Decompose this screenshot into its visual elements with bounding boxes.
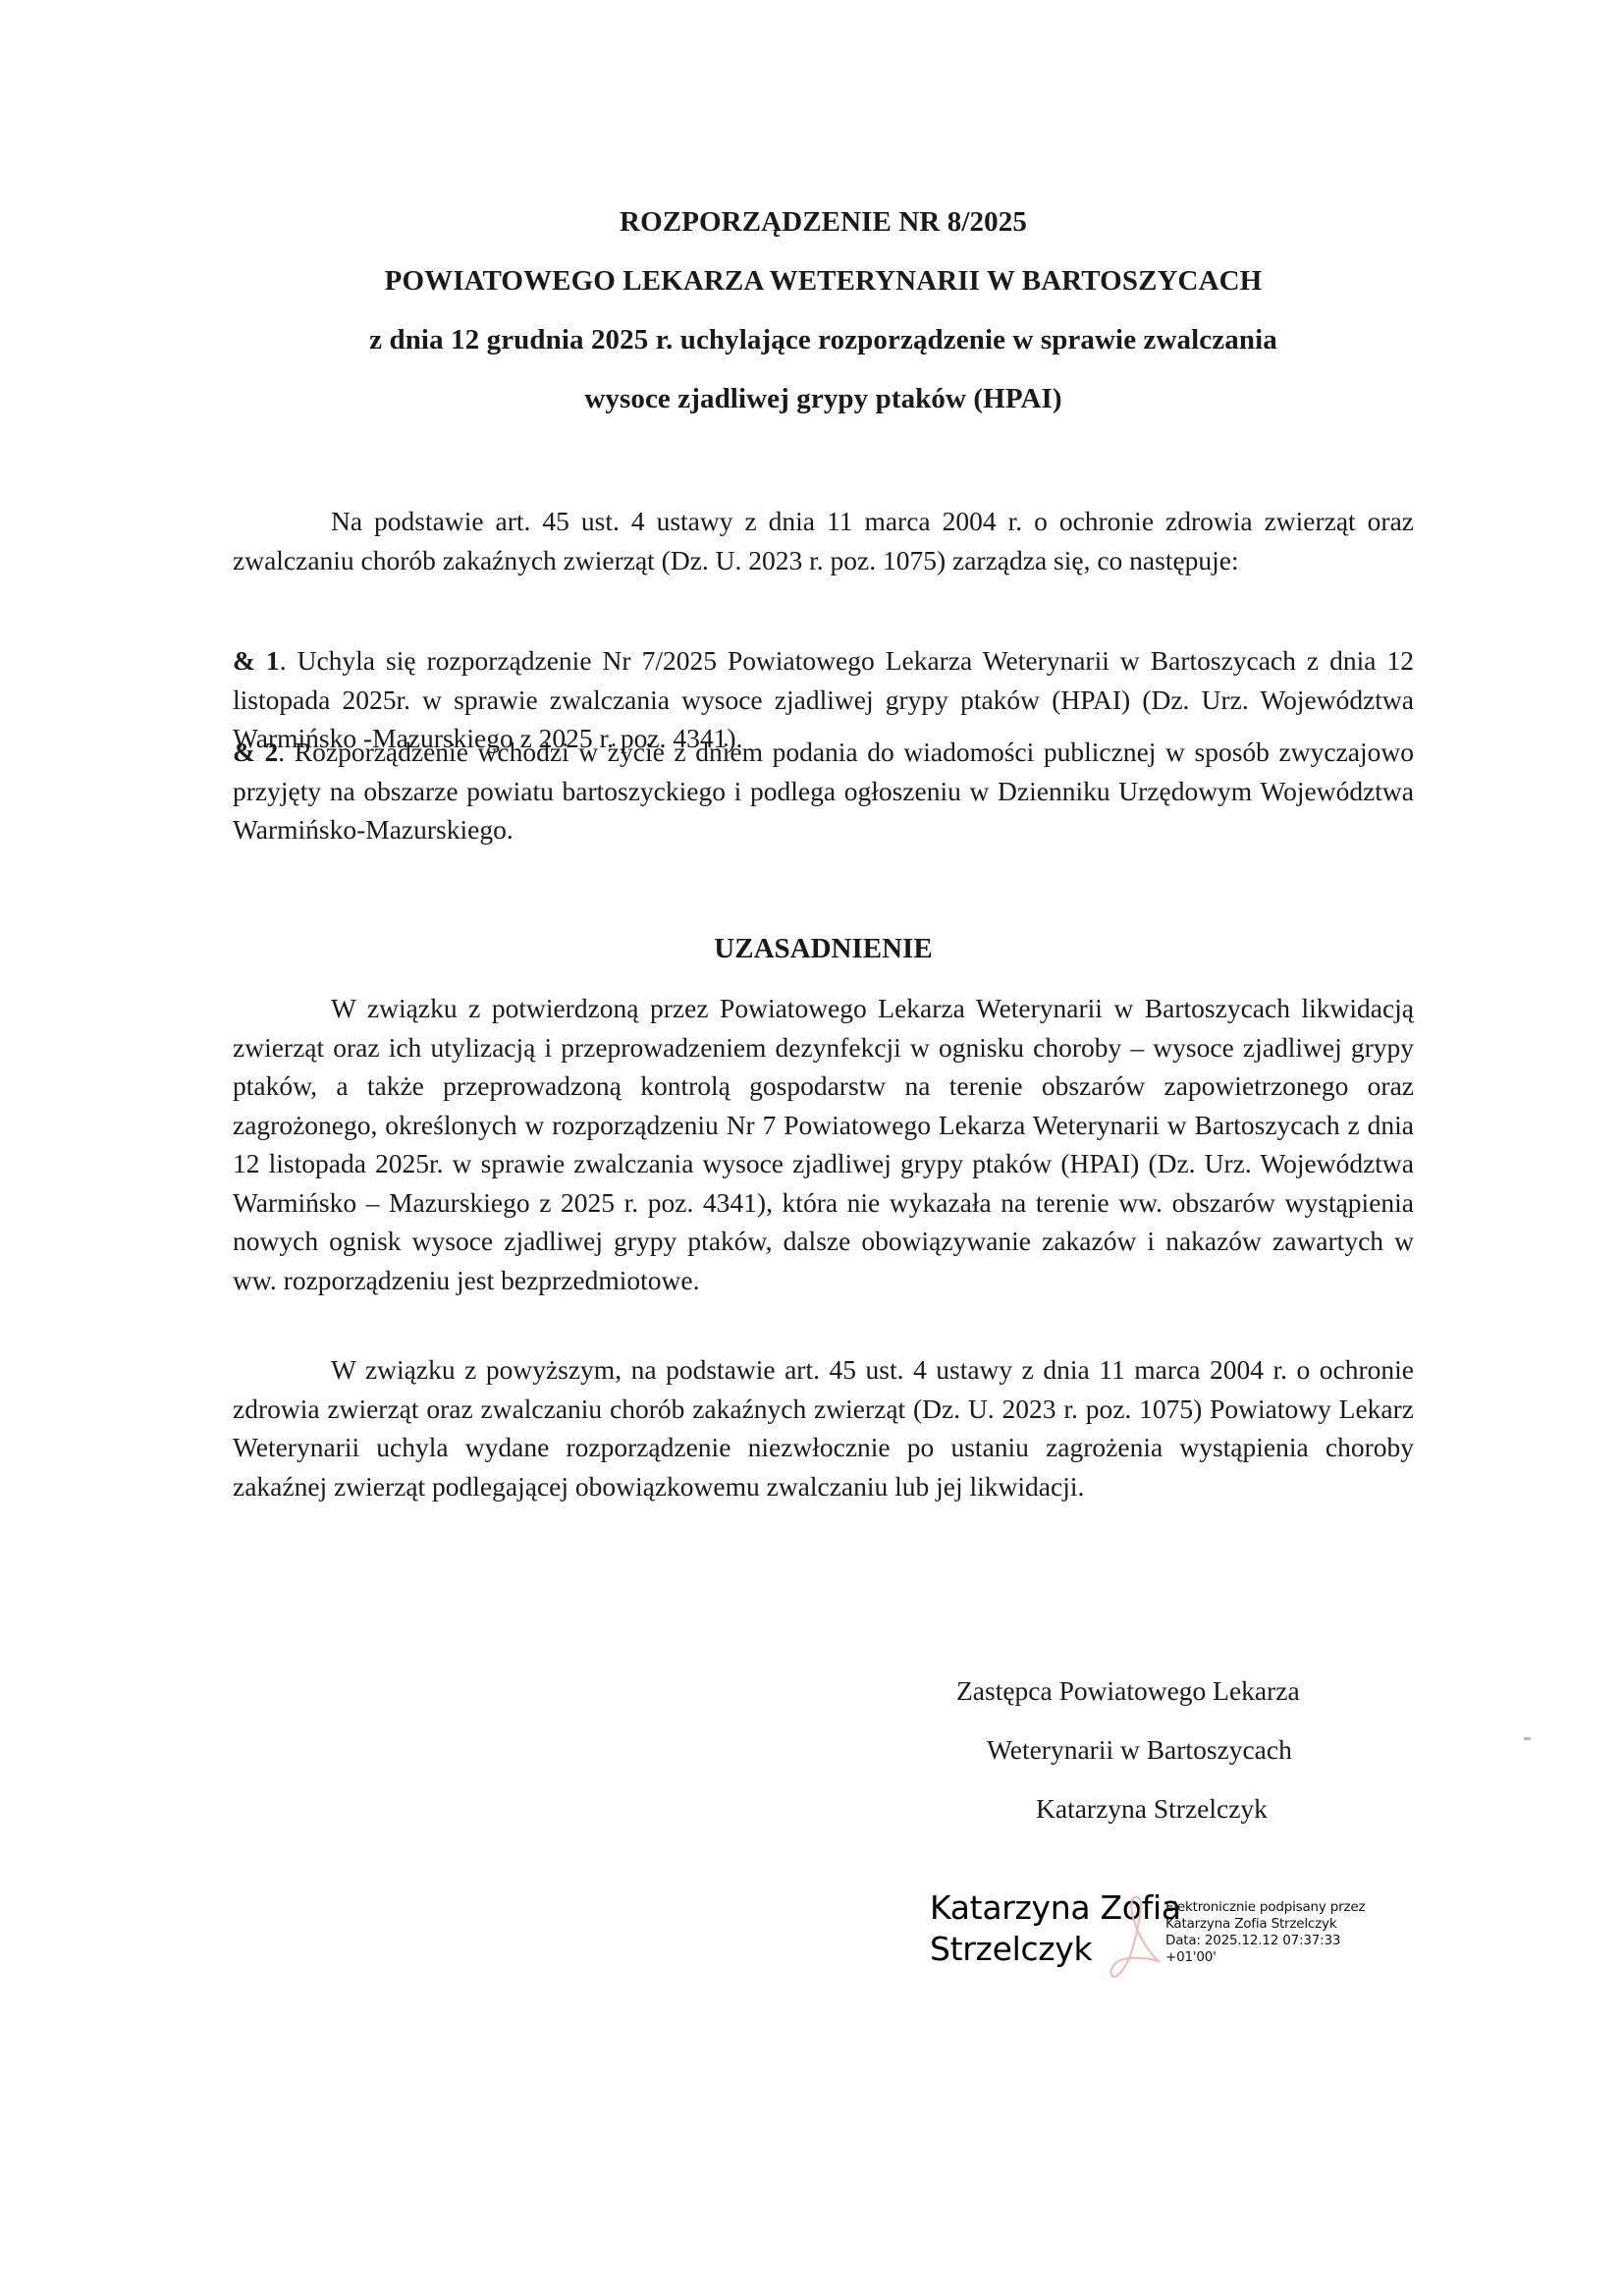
justification-text: W związku z powyższym, na podstawie art.… [233, 1350, 1414, 1505]
esig-details: Elektronicznie podpisany przez Katarzyna… [1165, 1899, 1365, 1966]
title-line: POWIATOWEGO LEKARZA WETERYNARII W BARTOS… [233, 251, 1414, 310]
justification-paragraph-2: W związku z powyższym, na podstawie art.… [233, 1350, 1414, 1505]
signer-role-line-1: Zastępca Powiatowego Lekarza [956, 1671, 1300, 1711]
title-line: wysoce zjadliwej grypy ptaków (HPAI) [233, 369, 1414, 428]
title-line: ROZPORZĄDZENIE NR 8/2025 [233, 192, 1414, 251]
justification-text: W związku z potwierdzoną przez Powiatowe… [233, 989, 1414, 1299]
justification-heading: UZASADNIENIE [233, 929, 1414, 968]
document-title: ROZPORZĄDZENIE NR 8/2025 POWIATOWEGO LEK… [233, 192, 1414, 428]
scan-artifact [1524, 1737, 1531, 1740]
signer-role-line-2: Weterynarii w Bartoszycach [987, 1730, 1292, 1770]
esig-detail-line: +01'00' [1165, 1949, 1365, 1966]
paragraph-2: & 2. Rozporządzenie wchodzi w życie z dn… [233, 733, 1414, 849]
signer-name: Katarzyna Strzelczyk [1036, 1789, 1268, 1829]
title-line: z dnia 12 grudnia 2025 r. uchylające roz… [233, 310, 1414, 369]
esig-detail-line: Katarzyna Zofia Strzelczyk [1165, 1916, 1365, 1933]
paragraph-text: . Rozporządzenie wchodzi w życie z dniem… [233, 737, 1414, 845]
esig-detail-line: Elektronicznie podpisany przez [1165, 1899, 1365, 1916]
preamble: Na podstawie art. 45 ust. 4 ustawy z dni… [233, 502, 1414, 579]
preamble-text: Na podstawie art. 45 ust. 4 ustawy z dni… [233, 502, 1414, 579]
paragraph-mark: & 1 [233, 645, 280, 676]
esig-detail-line: Data: 2025.12.12 07:37:33 [1165, 1933, 1365, 1949]
paragraph-mark: & 2 [233, 737, 278, 767]
adobe-signature-icon [1105, 1893, 1163, 1982]
adobe-logo-path [1110, 1897, 1160, 1977]
justification-paragraph-1: W związku z potwierdzoną przez Powiatowe… [233, 989, 1414, 1299]
document-page: ROZPORZĄDZENIE NR 8/2025 POWIATOWEGO LEK… [0, 0, 1623, 2296]
electronic-signature[interactable]: Katarzyna Zofia Strzelczyk Elektroniczni… [923, 1886, 1394, 1994]
